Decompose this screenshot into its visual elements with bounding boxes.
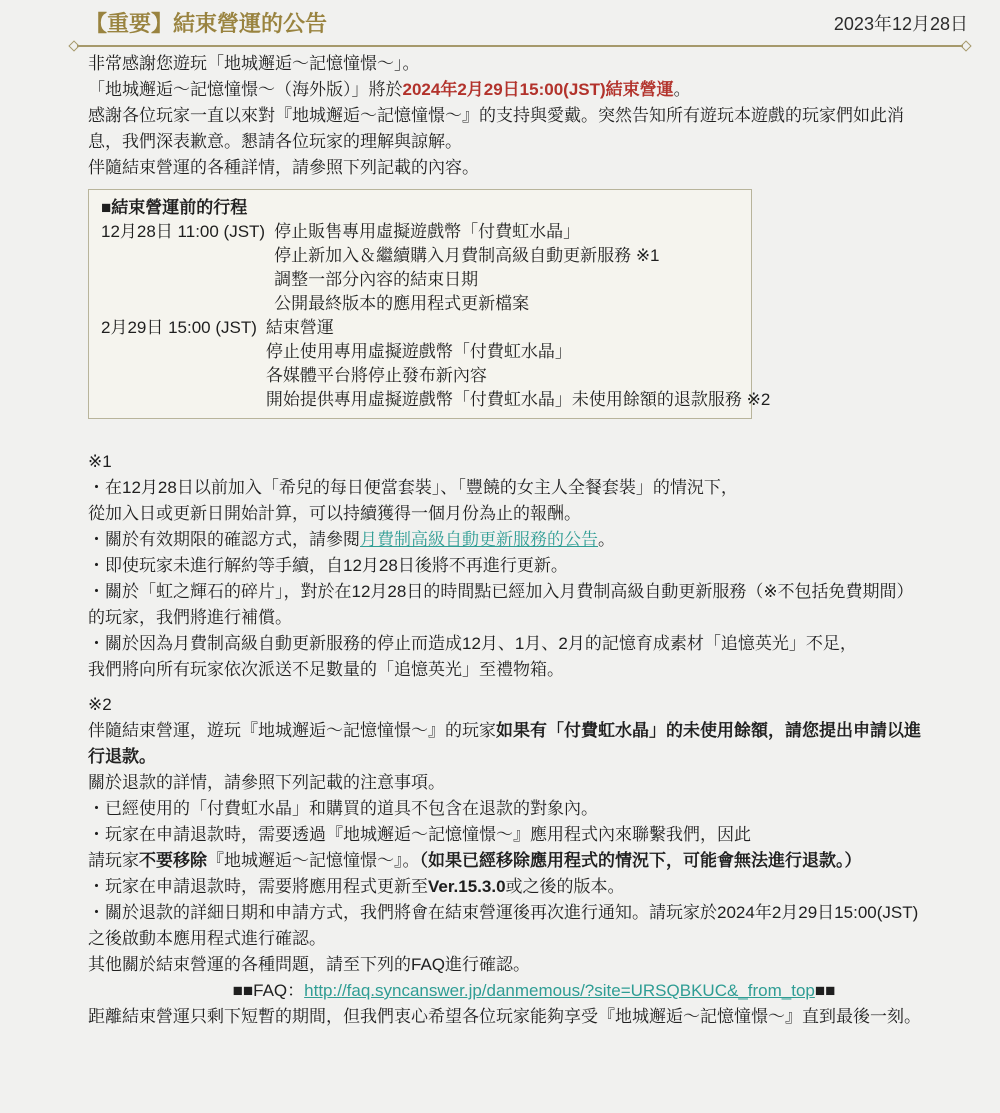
text-segment: ・關於有效期限的確認方式，請參閱 — [88, 530, 360, 549]
text-segment: （如果已經移除應用程式的情況下，可能會無法進行退款。） — [420, 851, 862, 870]
announcement-date: 2023年12月28日 — [834, 10, 968, 38]
text-segment: 關於退款的詳情，請參照下列記載的注意事項。 — [88, 773, 445, 792]
text-segment: 息，我們深表歉意。懇請各位玩家的理解與諒解。 — [88, 132, 462, 151]
schedule-group: 12月28日 11:00 (JST)停止販售專用虛擬遊戲幣「付費虹水晶」停止新加… — [101, 220, 739, 316]
schedule-item: 停止使用專用虛擬遊戲幣「付費虹水晶」 — [266, 340, 770, 364]
text-segment: 『地城邂逅～記憶憧憬～』。 — [207, 851, 420, 870]
text-segment: Ver.15.3.0 — [428, 877, 506, 896]
text-segment: 伴隨結束營運，遊玩『地城邂逅～記憶憧憬～』的玩家 — [88, 721, 496, 740]
divider-line — [77, 45, 963, 47]
diamond-end-left — [68, 40, 79, 51]
note2-body: 伴隨結束營運，遊玩『地城邂逅～記憶憧憬～』的玩家如果有「付費虹水晶」的未使用餘額… — [88, 718, 980, 952]
schedule-date: 2月29日 15:00 (JST) — [101, 316, 257, 412]
text-segment: 如果有「付費虹水晶」的未使用餘額，請您提出申請以進 — [496, 721, 921, 740]
text-segment: 之後啟動本應用程式進行確認。 — [88, 929, 326, 948]
note2-label: ※2 — [88, 692, 980, 718]
announcement-body: 非常感謝您遊玩「地城邂逅～記憶憧憬～」。 「地城邂逅～記憶憧憬～（海外版）」將於… — [0, 51, 1000, 1030]
text-segment: 感謝各位玩家一直以來對『地城邂逅～記憶憧憬～』的支持與愛戴。突然告知所有遊玩本遊… — [88, 106, 904, 125]
schedule-item: 停止新加入＆繼續購入月費制高級自動更新服務 ※1 — [274, 244, 659, 268]
faq-link-line: ■■FAQ：http://faq.syncanswer.jp/danmemous… — [88, 978, 980, 1004]
text-segment: 不要移除 — [139, 851, 207, 870]
text-segment: ・玩家在申請退款時，需要將應用程式更新至 — [88, 877, 428, 896]
text-segment: ・關於退款的詳細日期和申請方式，我們將會在結束營運後再次進行通知。請玩家於202… — [88, 903, 918, 922]
schedule-item: 各媒體平台將停止發布新內容 — [266, 364, 770, 388]
end-of-service-paragraph: 「地城邂逅～記憶憧憬～（海外版）」將於2024年2月29日15:00(JST)結… — [88, 77, 980, 103]
text-segment: ■■ — [815, 981, 836, 1000]
schedule-item: 調整一部分內容的結束日期 — [274, 268, 659, 292]
schedule-item: 停止販售專用虛擬遊戲幣「付費虹水晶」 — [274, 220, 659, 244]
note1-label: ※1 — [88, 449, 980, 475]
schedule-item: 公開最終版本的應用程式更新檔案 — [274, 292, 659, 316]
schedule-list: 12月28日 11:00 (JST)停止販售專用虛擬遊戲幣「付費虹水晶」停止新加… — [101, 220, 739, 412]
faq-intro-paragraph: 其他關於結束營運的各種問題，請至下列的FAQ進行確認。 — [88, 952, 980, 978]
schedule-item: 結束營運 — [266, 316, 770, 340]
schedule-box: ■結束營運前的行程 12月28日 11:00 (JST)停止販售專用虛擬遊戲幣「… — [88, 189, 752, 419]
text-segment: 我們將向所有玩家依次派送不足數量的「追憶英光」至禮物箱。 — [88, 660, 564, 679]
schedule-items: 停止販售專用虛擬遊戲幣「付費虹水晶」停止新加入＆繼續購入月費制高級自動更新服務 … — [274, 220, 659, 316]
text-segment: 。 — [674, 80, 691, 99]
monthly-premium-notice-link[interactable]: 月費制高級自動更新服務的公告 — [360, 530, 598, 549]
note2-section: ※2 伴隨結束營運，遊玩『地城邂逅～記憶憧憬～』的玩家如果有「付費虹水晶」的未使… — [88, 692, 980, 952]
text-segment: 或之後的版本。 — [506, 877, 625, 896]
text-segment: ・關於因為月費制高級自動更新服務的停止而造成12月、1月、2月的記憶育成素材「追… — [88, 634, 857, 653]
ornamental-divider — [70, 41, 970, 51]
text-segment: ・在12月28日以前加入「希兒的每日便當套裝」、「豐饒的女主人全餐套裝」的情況下… — [88, 478, 738, 497]
text-segment: ・即使玩家未進行解約等手續，自12月28日後將不再進行更新。 — [88, 556, 568, 575]
text-segment: ・已經使用的「付費虹水晶」和購買的道具不包含在退款的對象內。 — [88, 799, 598, 818]
schedule-items: 結束營運停止使用專用虛擬遊戲幣「付費虹水晶」各媒體平台將停止發布新內容開始提供專… — [266, 316, 770, 412]
text-segment: 的玩家，我們將進行補償。 — [88, 608, 292, 627]
thanks-paragraph: 非常感謝您遊玩「地城邂逅～記憶憧憬～」。 — [88, 51, 980, 77]
farewell-paragraph: 距離結束營運只剩下短暫的期間，但我們衷心希望各位玩家能夠享受『地城邂逅～記憶憧憬… — [88, 1004, 980, 1030]
announcement-header: 【重要】結束營運的公告 2023年12月28日 — [0, 0, 1000, 38]
text-segment: 從加入日或更新日開始計算，可以持續獲得一個月份為止的報酬。 — [88, 504, 581, 523]
text-segment: ■■FAQ： — [233, 981, 305, 1000]
schedule-box-title: ■結束營運前的行程 — [101, 196, 739, 220]
note1-section: ※1 ・在12月28日以前加入「希兒的每日便當套裝」、「豐饒的女主人全餐套裝」的… — [88, 449, 980, 683]
text-segment: ・玩家在申請退款時，需要透過『地城邂逅～記憶憧憬～』應用程式內來聯繫我們，因此 — [88, 825, 751, 844]
note1-body: ・在12月28日以前加入「希兒的每日便當套裝」、「豐饒的女主人全餐套裝」的情況下… — [88, 475, 980, 683]
text-segment: 。 — [598, 530, 615, 549]
apology-paragraph: 感謝各位玩家一直以來對『地城邂逅～記憶憧憬～』的支持與愛戴。突然告知所有遊玩本遊… — [88, 103, 980, 181]
text-segment: 伴隨結束營運的各種詳情，請參照下列記載的內容。 — [88, 158, 479, 177]
text-segment: 2024年2月29日15:00(JST)結束營運 — [403, 80, 674, 99]
diamond-end-right — [960, 40, 971, 51]
page-title: 【重要】結束營運的公告 — [85, 10, 327, 38]
text-segment: 行退款。 — [88, 747, 156, 766]
schedule-date: 12月28日 11:00 (JST) — [101, 220, 265, 316]
schedule-group: 2月29日 15:00 (JST)結束營運停止使用專用虛擬遊戲幣「付費虹水晶」各… — [101, 316, 739, 412]
text-segment: 「地城邂逅～記憶憧憬～（海外版）」將於 — [88, 80, 403, 99]
schedule-item: 開始提供專用虛擬遊戲幣「付費虹水晶」未使用餘額的退款服務 ※2 — [266, 388, 770, 412]
text-segment: ・關於「虹之輝石的碎片」，對於在12月28日的時間點已經加入月費制高級自動更新服… — [88, 582, 914, 601]
faq-url-link[interactable]: http://faq.syncanswer.jp/danmemous/?site… — [304, 981, 815, 1000]
text-segment: 請玩家 — [88, 851, 139, 870]
